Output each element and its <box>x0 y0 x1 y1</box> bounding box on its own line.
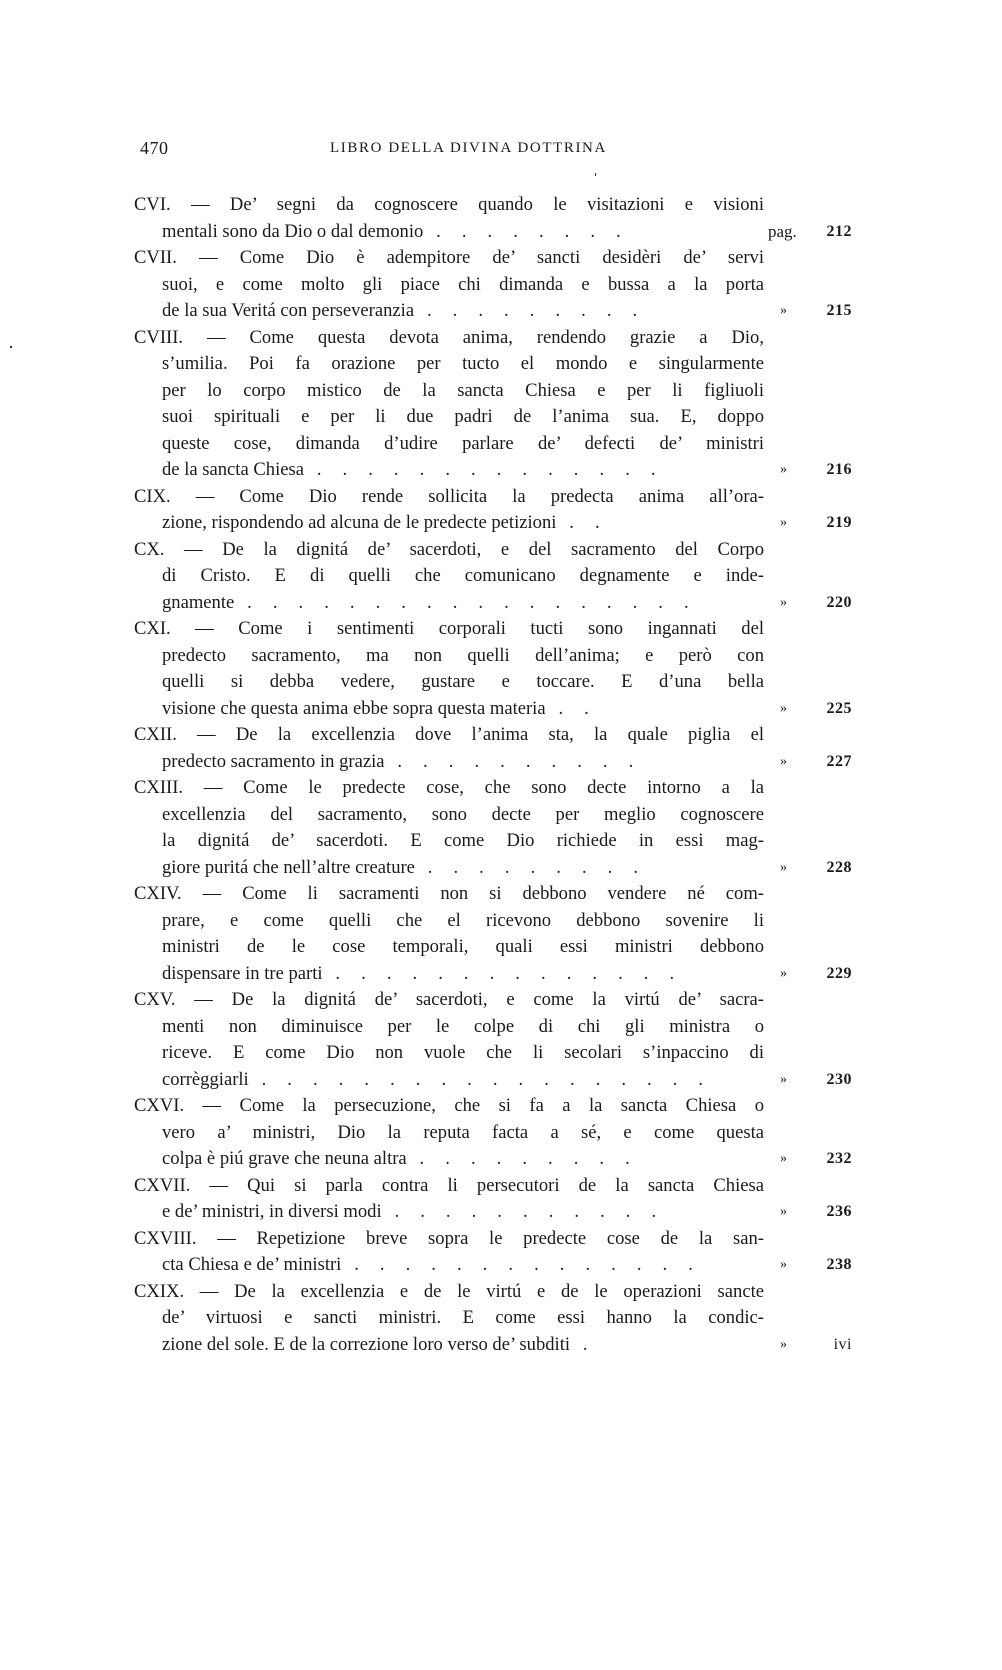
toc-entry-title: CXI. — Come i sentimenti corporali tucti… <box>134 616 764 643</box>
toc-entry-continuation: giore puritá che nell’altre creature . .… <box>134 855 764 882</box>
page-number-ref: 229 <box>827 961 853 988</box>
toc-line-text: excellenzia del sacramento, sono decte p… <box>162 804 764 825</box>
ditto-mark: » <box>780 510 787 537</box>
toc-entry-continuation: prare, e come quelli che el ricevono deb… <box>134 908 764 935</box>
toc-entry-continuation: suoi, e come molto gli piace chi dimanda… <box>134 272 764 299</box>
toc-entry-continuation: colpa è piú grave che neuna altra . . . … <box>134 1146 764 1173</box>
toc-line-text: predecto sacramento, ma non quelli dell’… <box>162 645 764 666</box>
toc-entry-title: CXII. — De la excellenzia dove l’anima s… <box>134 722 764 749</box>
toc-entry-continuation: cta Chiesa e de’ ministri . . . . . . . … <box>134 1252 764 1279</box>
ditto-mark: » <box>780 1067 787 1094</box>
page-reference: »225 <box>768 696 864 723</box>
toc-entry-continuation: zione del sole. E de la correzione loro … <box>134 1332 764 1359</box>
dot-leader: . . <box>546 698 597 719</box>
toc-entry-continuation: la dignitá de’ sacerdoti. E come Dio ric… <box>134 828 764 855</box>
page-number-ref: 227 <box>827 749 853 776</box>
dot-leader: . . . . . . . . . . . <box>382 1201 665 1222</box>
ditto-mark: » <box>780 1146 787 1173</box>
toc-entry-continuation: quelli si debba vedere, gustare e toccar… <box>134 669 764 696</box>
print-speck <box>595 173 596 176</box>
toc-line-text: menti non diminuisce per le colpe di chi… <box>162 1016 764 1037</box>
toc-line-text: dispensare in tre parti <box>162 963 323 984</box>
toc-line-text: la dignitá de’ sacerdoti. E come Dio ric… <box>162 830 764 851</box>
ditto-mark: » <box>780 298 787 325</box>
dot-leader: . <box>570 1334 596 1355</box>
toc-entry-continuation: queste cose, dimanda d’udire parlare de’… <box>134 431 764 458</box>
toc-entry-continuation: visione che questa anima ebbe sopra ques… <box>134 696 764 723</box>
toc-entry-title: CVI. — De’ segni da cognoscere quando le… <box>134 192 764 219</box>
page-reference: »236 <box>768 1199 864 1226</box>
toc-line-text: e de’ ministri, in diversi modi <box>162 1201 382 1222</box>
page-number-ref: 238 <box>827 1252 853 1279</box>
ditto-mark: » <box>780 1252 787 1279</box>
toc-entry-continuation: per lo corpo mistico de la sancta Chiesa… <box>134 378 764 405</box>
page-reference: »238 <box>768 1252 864 1279</box>
toc-entry: CXIV. — Come li sacramenti non si debbon… <box>134 881 864 987</box>
toc-line-text: zione, rispondendo ad alcuna de le prede… <box>162 512 556 533</box>
toc-entry: CXVI. — Come la persecuzione, che si fa … <box>134 1093 864 1173</box>
toc-line-text: CXI. — Come i sentimenti corporali tucti… <box>134 618 764 639</box>
dot-leader: . . . . . . . . <box>423 221 629 242</box>
dot-leader: . . . . . . . . . . <box>385 751 642 772</box>
page-reference: »219 <box>768 510 864 537</box>
toc-line-text: s’umilia. Poi fa orazione per tucto el m… <box>162 353 764 374</box>
toc-line-text: ministri de le cose temporali, quali ess… <box>162 936 764 957</box>
toc-entry-continuation: dispensare in tre parti . . . . . . . . … <box>134 961 764 988</box>
toc-entry-title: CXIX. — De la excellenzia e de le virtú … <box>134 1279 764 1306</box>
toc-line-text: de’ virtuosi e sancti ministri. E come e… <box>162 1307 764 1328</box>
dot-leader: . . . . . . . . . . . . . . <box>341 1254 701 1275</box>
toc-line-text: CVII. — Come Dio è adempitore de’ sancti… <box>134 247 764 268</box>
toc-entry: CIX. — Come Dio rende sollicita la prede… <box>134 484 864 537</box>
toc-entry-continuation: predecto sacramento, ma non quelli dell’… <box>134 643 764 670</box>
toc-line-text: CXV. — De la dignitá de’ sacerdoti, e co… <box>134 989 764 1010</box>
toc-line-text: mentali sono da Dio o dal demonio <box>162 221 423 242</box>
page-reference: »ivi <box>768 1332 864 1359</box>
toc-entry-title: CX. — De la dignitá de’ sacerdoti, e del… <box>134 537 764 564</box>
page-number-ref: 219 <box>827 510 853 537</box>
ditto-mark: » <box>780 590 787 617</box>
toc-entry-continuation: ministri de le cose temporali, quali ess… <box>134 934 764 961</box>
toc-line-text: CXVI. — Come la persecuzione, che si fa … <box>134 1095 764 1116</box>
toc-entry: CXIX. — De la excellenzia e de le virtú … <box>134 1279 864 1359</box>
toc-line-text: vero a’ ministri, Dio la reputa facta a … <box>162 1122 764 1143</box>
toc-entry-continuation: excellenzia del sacramento, sono decte p… <box>134 802 764 829</box>
toc-line-text: zione del sole. E de la correzione loro … <box>162 1334 570 1355</box>
toc-entry-continuation: suoi spirituali e per li due padri de l’… <box>134 404 764 431</box>
toc-entry-title: CXVII. — Qui si parla contra li persecut… <box>134 1173 764 1200</box>
page-reference: »216 <box>768 457 864 484</box>
toc-entry-title: CXIII. — Come le predecte cose, che sono… <box>134 775 764 802</box>
page-number-ref: 228 <box>827 855 853 882</box>
toc-line-text: de la sancta Chiesa <box>162 459 304 480</box>
toc-entry: CXI. — Come i sentimenti corporali tucti… <box>134 616 864 722</box>
ditto-mark: » <box>780 961 787 988</box>
toc-entry-continuation: mentali sono da Dio o dal demonio . . . … <box>134 219 764 246</box>
page-number-ref: 215 <box>827 298 853 325</box>
toc-line-text: gnamente <box>162 592 234 613</box>
dot-leader: . . . . . . . . . <box>414 300 645 321</box>
dot-leader: . . . . . . . . . <box>415 857 646 878</box>
toc-entry-continuation: s’umilia. Poi fa orazione per tucto el m… <box>134 351 764 378</box>
page-number-ref: 230 <box>827 1067 853 1094</box>
toc-entry-title: CIX. — Come Dio rende sollicita la prede… <box>134 484 764 511</box>
toc-entry-continuation: zione, rispondendo ad alcuna de le prede… <box>134 510 764 537</box>
toc-entry-continuation: gnamente . . . . . . . . . . . . . . . .… <box>134 590 764 617</box>
page-number-ref: 212 <box>827 219 853 246</box>
book-page: 470 LIBRO DELLA DIVINA DOTTRINA CVI. — D… <box>0 0 1002 1670</box>
toc-line-text: queste cose, dimanda d’udire parlare de’… <box>162 433 764 454</box>
page-number-ref: 236 <box>827 1199 853 1226</box>
toc-line-text: suoi, e come molto gli piace chi dimanda… <box>162 274 764 295</box>
toc-entry-continuation: vero a’ ministri, Dio la reputa facta a … <box>134 1120 764 1147</box>
toc-entry: CVII. — Come Dio è adempitore de’ sancti… <box>134 245 864 325</box>
toc-entry-continuation: riceve. E come Dio non vuole che li seco… <box>134 1040 764 1067</box>
toc-entry-continuation: corrèggiarli . . . . . . . . . . . . . .… <box>134 1067 764 1094</box>
page-number-ref: 220 <box>827 590 853 617</box>
running-title: LIBRO DELLA DIVINA DOTTRINA <box>330 140 607 157</box>
page-number-ref: 225 <box>827 696 853 723</box>
ditto-mark: » <box>780 696 787 723</box>
toc-line-text: CXIV. — Come li sacramenti non si debbon… <box>134 883 764 904</box>
page-reference: »228 <box>768 855 864 882</box>
dot-leader: . . . . . . . . . <box>407 1148 638 1169</box>
ditto-mark: » <box>780 1332 787 1359</box>
toc-entry: CXIII. — Come le predecte cose, che sono… <box>134 775 864 881</box>
toc-entry: CXVII. — Qui si parla contra li persecut… <box>134 1173 864 1226</box>
dot-leader: . . . . . . . . . . . . . . <box>323 963 683 984</box>
toc-entry-continuation: di Cristo. E di quelli che comunicano de… <box>134 563 764 590</box>
margin-speck <box>10 346 12 348</box>
ditto-mark: » <box>780 1199 787 1226</box>
running-head: 470 LIBRO DELLA DIVINA DOTTRINA <box>140 138 840 162</box>
toc-line-text: CXIII. — Come le predecte cose, che sono… <box>134 777 764 798</box>
toc-line-text: CVI. — De’ segni da cognoscere quando le… <box>134 194 764 215</box>
pag-label: pag. <box>768 219 797 246</box>
toc-entry-continuation: de la sua Veritá con perseveranzia . . .… <box>134 298 764 325</box>
toc-entry-continuation: de la sancta Chiesa . . . . . . . . . . … <box>134 457 764 484</box>
toc-line-text: CX. — De la dignitá de’ sacerdoti, e del… <box>134 539 764 560</box>
toc-line-text: CXII. — De la excellenzia dove l’anima s… <box>134 724 764 745</box>
toc-entry: CX. — De la dignitá de’ sacerdoti, e del… <box>134 537 864 617</box>
page-number-ref: 232 <box>827 1146 853 1173</box>
toc-line-text: CXVIII. — Repetizione breve sopra le pre… <box>134 1228 764 1249</box>
toc-entry-title: CVIII. — Come questa devota anima, rende… <box>134 325 764 352</box>
toc-entry: CXII. — De la excellenzia dove l’anima s… <box>134 722 864 775</box>
page-reference: »229 <box>768 961 864 988</box>
toc-line-text: CIX. — Come Dio rende sollicita la prede… <box>134 486 764 507</box>
page-number: 470 <box>140 138 169 159</box>
toc-entry-title: CXVIII. — Repetizione breve sopra le pre… <box>134 1226 764 1253</box>
ditto-mark: » <box>780 457 787 484</box>
toc-line-text: cta Chiesa e de’ ministri <box>162 1254 341 1275</box>
toc-line-text: CXIX. — De la excellenzia e de le virtú … <box>134 1281 764 1302</box>
toc-entry: CXVIII. — Repetizione breve sopra le pre… <box>134 1226 864 1279</box>
toc-entry-continuation: e de’ ministri, in diversi modi . . . . … <box>134 1199 764 1226</box>
toc-line-text: giore puritá che nell’altre creature <box>162 857 415 878</box>
dot-leader: . . <box>556 512 607 533</box>
toc-line-text: CVIII. — Come questa devota anima, rende… <box>134 327 764 348</box>
page-number-ref: 216 <box>827 457 853 484</box>
toc-line-text: di Cristo. E di quelli che comunicano de… <box>162 565 764 586</box>
toc-entry-continuation: de’ virtuosi e sancti ministri. E come e… <box>134 1305 764 1332</box>
table-of-contents: CVI. — De’ segni da cognoscere quando le… <box>134 192 864 1358</box>
toc-line-text: visione che questa anima ebbe sopra ques… <box>162 698 546 719</box>
toc-entry-title: CXVI. — Come la persecuzione, che si fa … <box>134 1093 764 1120</box>
dot-leader: . . . . . . . . . . . . . . <box>304 459 664 480</box>
toc-entry-continuation: predecto sacramento in grazia . . . . . … <box>134 749 764 776</box>
toc-line-text: prare, e come quelli che el ricevono deb… <box>162 910 764 931</box>
toc-line-text: suoi spirituali e per li due padri de l’… <box>162 406 764 427</box>
toc-line-text: CXVII. — Qui si parla contra li persecut… <box>134 1175 764 1196</box>
page-reference: »232 <box>768 1146 864 1173</box>
toc-line-text: quelli si debba vedere, gustare e toccar… <box>162 671 764 692</box>
toc-line-text: predecto sacramento in grazia <box>162 751 385 772</box>
toc-line-text: de la sua Veritá con perseveranzia <box>162 300 414 321</box>
toc-entry: CXV. — De la dignitá de’ sacerdoti, e co… <box>134 987 864 1093</box>
toc-line-text: per lo corpo mistico de la sancta Chiesa… <box>162 380 764 401</box>
page-reference: »220 <box>768 590 864 617</box>
page-reference: »230 <box>768 1067 864 1094</box>
dot-leader: . . . . . . . . . . . . . . . . . . <box>234 592 697 613</box>
page-reference: »227 <box>768 749 864 776</box>
page-reference: pag.212 <box>768 219 864 246</box>
toc-entry-title: CXIV. — Come li sacramenti non si debbon… <box>134 881 764 908</box>
toc-line-text: colpa è piú grave che neuna altra <box>162 1148 407 1169</box>
page-number-ref: ivi <box>834 1332 852 1359</box>
toc-entry-title: CXV. — De la dignitá de’ sacerdoti, e co… <box>134 987 764 1014</box>
toc-line-text: corrèggiarli <box>162 1069 249 1090</box>
toc-entry-continuation: menti non diminuisce per le colpe di chi… <box>134 1014 764 1041</box>
ditto-mark: » <box>780 749 787 776</box>
toc-entry-title: CVII. — Come Dio è adempitore de’ sancti… <box>134 245 764 272</box>
toc-entry: CVI. — De’ segni da cognoscere quando le… <box>134 192 864 245</box>
ditto-mark: » <box>780 855 787 882</box>
toc-line-text: riceve. E come Dio non vuole che li seco… <box>162 1042 764 1063</box>
page-reference: »215 <box>768 298 864 325</box>
toc-entry: CVIII. — Come questa devota anima, rende… <box>134 325 864 484</box>
dot-leader: . . . . . . . . . . . . . . . . . . <box>249 1069 712 1090</box>
